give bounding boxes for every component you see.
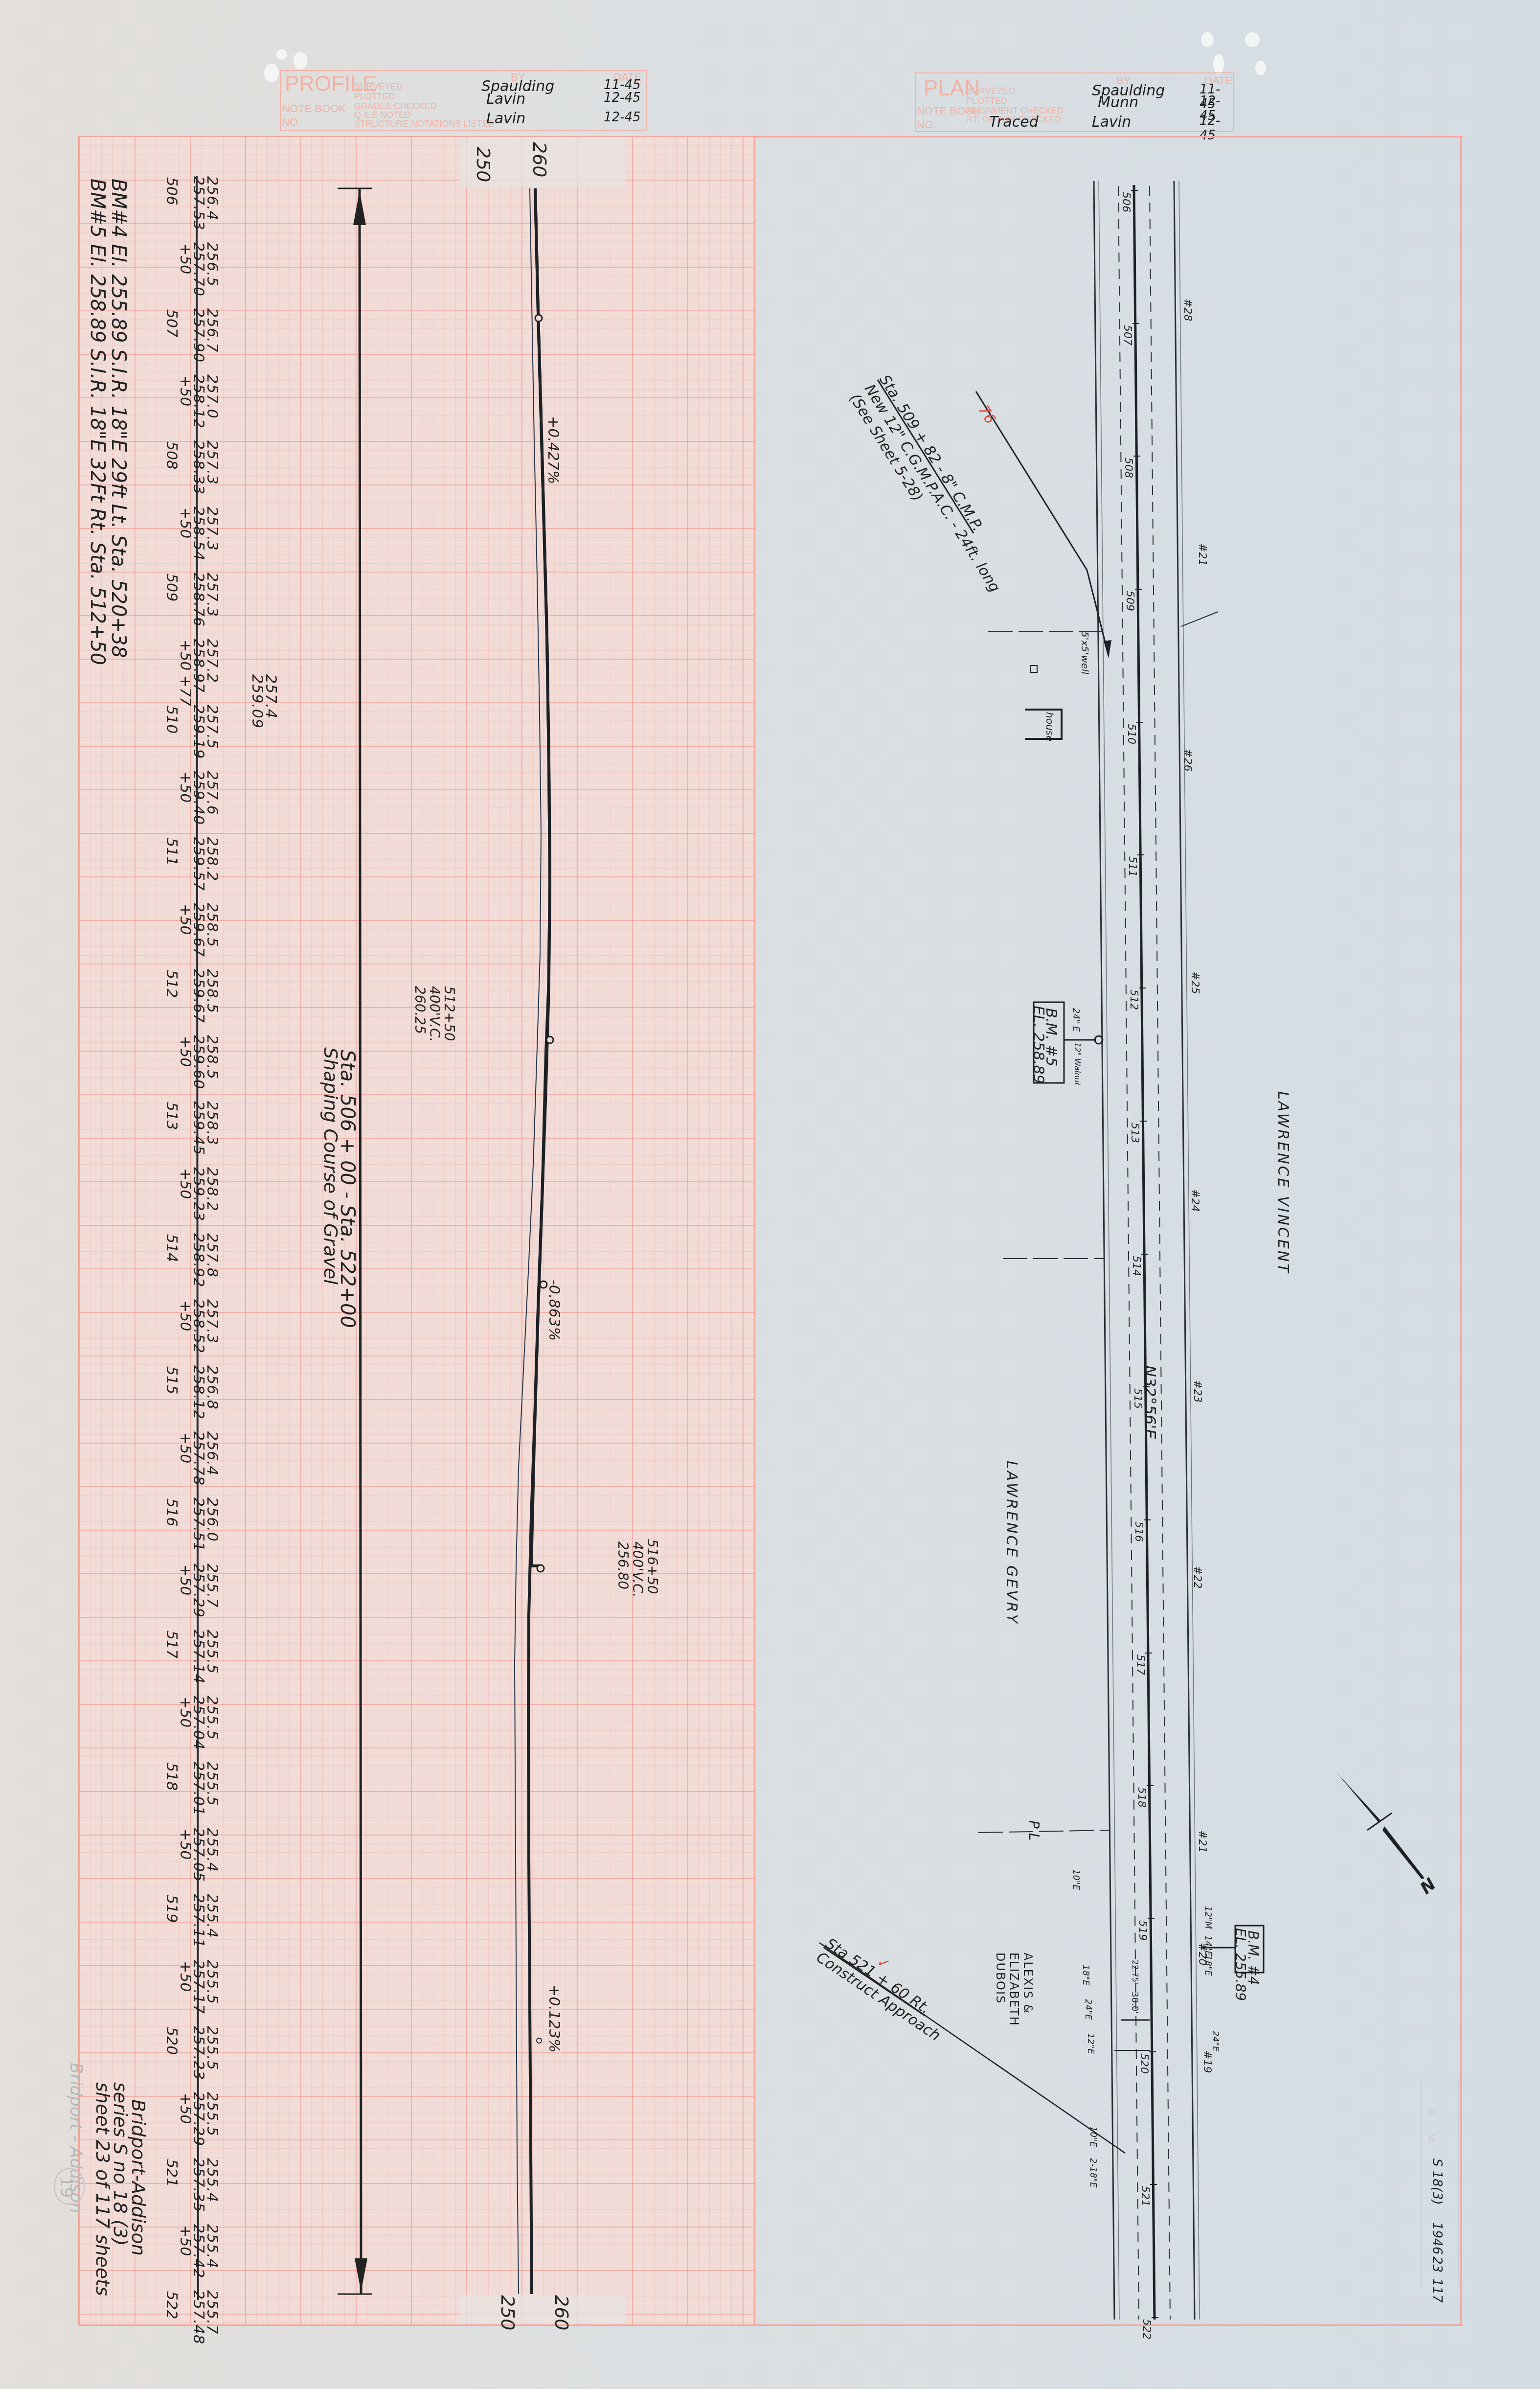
bm4-elev: EL. 255.89 — [1232, 1928, 1248, 2001]
station-tick — [1147, 1785, 1154, 1786]
bm5-tree-label: 12" Walnut — [1073, 1042, 1082, 1086]
station-tick — [1145, 1653, 1152, 1654]
plan-station-label: 521 — [1139, 2186, 1151, 2206]
station-tick — [1148, 1918, 1155, 1919]
tree-label: 18"E — [1081, 1965, 1091, 1986]
tree-label: 2-18"E — [1088, 2158, 1098, 2188]
plan-station-label: 522 — [1140, 2319, 1153, 2340]
sheet-id-district: 9 — [1427, 2110, 1436, 2114]
property-line-label: P L — [1026, 1820, 1042, 1840]
sheet-id-project: S 18(3) — [1429, 2159, 1444, 2205]
plan-station-label: 519 — [1136, 1920, 1149, 1941]
pole-label: #23 — [1191, 1380, 1203, 1402]
bm5-elev: EL. 258.89 — [1030, 1006, 1047, 1084]
plan-station-label: 507 — [1121, 325, 1133, 345]
tree-label: 24"E — [1210, 2031, 1221, 2052]
tree-label: 14"E — [1203, 1935, 1213, 1956]
plan-station-label: 518 — [1135, 1787, 1148, 1808]
station-tick — [1150, 2184, 1157, 2185]
pole-label: #25 — [1189, 971, 1201, 994]
tree-label: 12"M — [1203, 1906, 1213, 1929]
station-tick — [1141, 1254, 1148, 1255]
station-tick — [1144, 1519, 1151, 1520]
tree-label: 10"E — [1088, 2126, 1098, 2147]
pole-label: #19 — [1201, 2050, 1213, 2073]
plan-station-label: 513 — [1129, 1123, 1141, 1143]
owner-label-gevry: LAWRENCE GEVRY — [1003, 1461, 1020, 1625]
tree-label: 10"E — [1071, 1869, 1081, 1890]
plan-station-label: 506 — [1120, 192, 1132, 212]
plan-drawing — [0, 0, 1540, 2389]
plan-station-label: 509 — [1124, 591, 1136, 611]
pole-label: #24 — [1189, 1189, 1201, 1212]
tree-label: 18"E — [1203, 1955, 1213, 1976]
sheet-id-state: Vt. — [1427, 2134, 1436, 2145]
owner-label-dubois-1: ALEXIS & ELIZABETH DUBOIS — [994, 1953, 1035, 2050]
sheet-id-total: 117 — [1429, 2278, 1444, 2303]
sheet-id-block: S 18(3) 1946 23 117 Vt. 9 — [1421, 2080, 1459, 2286]
plan-station-label: 516 — [1132, 1521, 1145, 1542]
sheet-id-sheet-no: 23 — [1429, 2256, 1444, 2273]
plan-station-label: 520 — [1138, 2053, 1150, 2074]
pole-label: #28 — [1181, 299, 1194, 321]
dimension-label: 22.75' — [1131, 1960, 1140, 1984]
plan-station-label: 510 — [1125, 724, 1137, 744]
station-tick — [1133, 456, 1140, 457]
sheet-id-year: 1946 — [1429, 2222, 1444, 2254]
pole-label: #26 — [1181, 749, 1194, 771]
owner-label-vincent: LAWRENCE VINCENT — [1274, 1091, 1291, 1275]
plan-station-label: 514 — [1130, 1256, 1142, 1276]
bearing-label: N32°56'E — [1141, 1365, 1159, 1439]
bm5-tree2-label: 24" E — [1071, 1008, 1081, 1032]
station-tick — [1136, 722, 1143, 723]
station-tick — [1139, 988, 1146, 988]
station-tick — [1135, 589, 1142, 590]
plan-station-label: 508 — [1122, 458, 1134, 478]
pole-label: #21 — [1196, 543, 1208, 566]
pole-label: #21 — [1196, 1830, 1208, 1853]
well-label: 5'x5'well — [1079, 631, 1091, 674]
plan-station-label: 511 — [1126, 856, 1138, 877]
pole-label: #22 — [1191, 1566, 1203, 1588]
tree-label: 12"E — [1086, 2033, 1096, 2054]
station-tick — [1140, 1121, 1147, 1122]
dimension-label: 30.0' — [1130, 1992, 1140, 2014]
plan-station-label: 512 — [1128, 989, 1140, 1010]
station-tick — [1132, 323, 1139, 324]
tree-label: 24"E — [1083, 1999, 1093, 2020]
station-tick — [1137, 854, 1144, 855]
station-tick — [1152, 2317, 1158, 2318]
station-tick — [1149, 2051, 1156, 2052]
station-tick — [1131, 190, 1138, 191]
plan-station-label: 517 — [1134, 1654, 1146, 1675]
house-label: house — [1044, 712, 1056, 741]
